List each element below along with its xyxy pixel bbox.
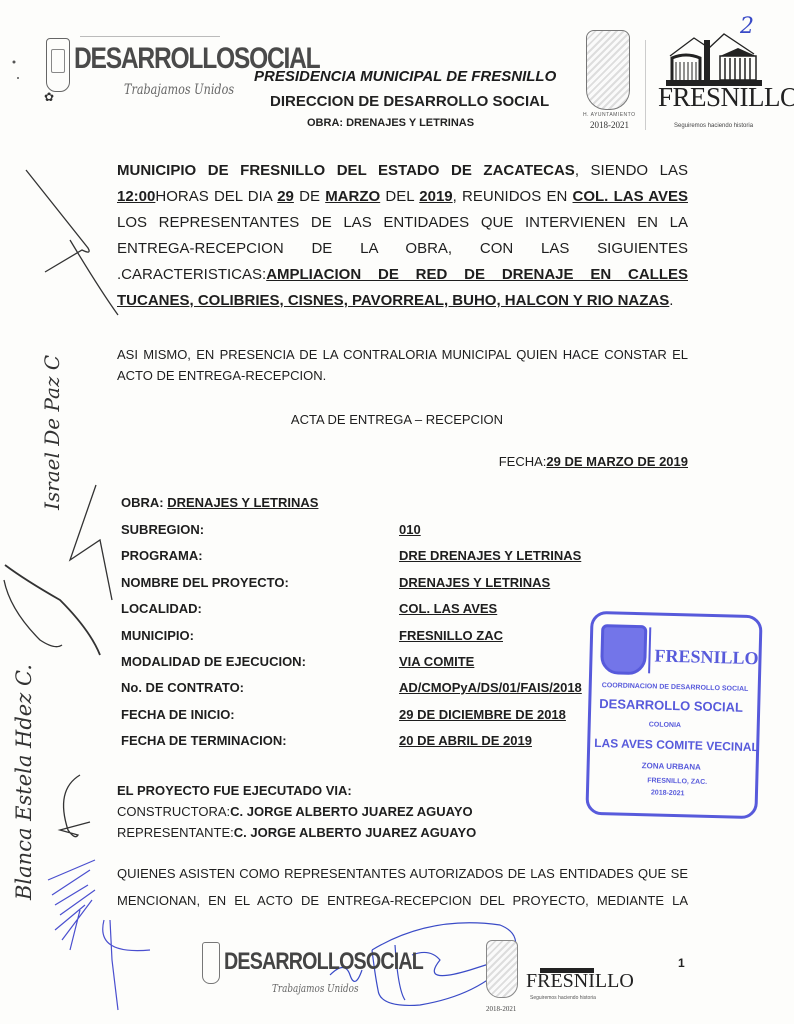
constructora-value: C. JORGE ALBERTO JUAREZ AGUAYO xyxy=(230,804,472,819)
field-label: LOCALIDAD: xyxy=(121,601,202,616)
representante-value: C. JORGE ALBERTO JUAREZ AGUAYO xyxy=(234,825,476,840)
logo-topline xyxy=(80,36,220,37)
desarrollo-social-tagline: Trabajamos Unidos xyxy=(124,82,234,98)
intro-hora: 12:00 xyxy=(117,188,155,205)
footer-tagline: Trabajamos Unidos xyxy=(272,982,358,995)
fresnillo-wordmark: FRESNILLO xyxy=(658,82,794,113)
intro-text: , REUNIDOS EN xyxy=(453,188,573,205)
stamp-line: FRESNILLO, ZAC. xyxy=(647,777,707,786)
footer-desarrollo-social-logo: DESARROLLOSOCIAL Trabajamos Unidos xyxy=(200,938,360,1008)
document-header-title: PRESIDENCIA MUNICIPAL DE FRESNILLO xyxy=(254,68,556,85)
asistentes-paragraph: QUIENES ASISTEN COMO REPRESENTANTES AUTO… xyxy=(117,860,688,914)
obra-label: OBRA: xyxy=(121,495,167,510)
field-value: AD/CMOPyA/DS/01/FAIS/2018 xyxy=(399,680,582,695)
contraloria-paragraph: ASI MISMO, EN PRESENCIA DE LA CONTRALORI… xyxy=(117,344,688,386)
field-value: FRESNILLO ZAC xyxy=(399,628,503,643)
stamp-line: COORDINACION DE DESARROLLO SOCIAL xyxy=(602,682,749,693)
field-value: DRE DRENAJES Y LETRINAS xyxy=(399,548,581,563)
footer-shield-icon xyxy=(202,942,220,984)
stamp-brand: FRESNILLO xyxy=(654,645,759,669)
intro-anio: 2019 xyxy=(419,188,452,205)
constructora-line: CONSTRUCTORA:C. JORGE ALBERTO JUAREZ AGU… xyxy=(117,801,476,822)
intro-municipio: MUNICIPIO DE FRESNILLO DEL ESTADO DE ZAC… xyxy=(117,162,575,179)
document-header-obra: OBRA: DRENAJES Y LETRINAS xyxy=(307,117,474,129)
acta-fecha: FECHA:29 DE MARZO DE 2019 xyxy=(499,454,688,469)
ayuntamiento-years: 2018-2021 xyxy=(590,120,629,130)
field-label: MUNICIPIO: xyxy=(121,628,194,643)
page-number: 1 xyxy=(678,956,685,970)
field-label: PROGRAMA: xyxy=(121,548,203,563)
field-label: No. DE CONTRATO: xyxy=(121,680,244,695)
ayuntamiento-crest-icon xyxy=(586,30,630,110)
field-label: SUBREGION: xyxy=(121,522,204,537)
stamp-crest-icon xyxy=(600,624,647,675)
stamp-divider xyxy=(648,627,651,673)
intro-text: , SIENDO LAS xyxy=(575,162,688,179)
representante-line: REPRESENTANTE:C. JORGE ALBERTO JUAREZ AG… xyxy=(117,822,476,843)
footer-fresnillo-wordmark: FRESNILLO xyxy=(526,970,634,993)
intro-mes: MARZO xyxy=(325,188,380,205)
ejecucion-block: EL PROYECTO FUE EJECUTADO VIA: CONSTRUCT… xyxy=(117,780,476,843)
acta-title: ACTA DE ENTREGA – RECEPCION xyxy=(0,412,794,427)
official-stamp: FRESNILLO COORDINACION DE DESARROLLO SOC… xyxy=(585,611,762,819)
stamp-line: ZONA URBANA xyxy=(642,761,701,772)
field-label: NOMBRE DEL PROYECTO: xyxy=(121,575,289,590)
field-value: 20 DE ABRIL DE 2019 xyxy=(399,733,532,748)
desarrollo-social-logo: ✿ DESARROLLOSOCIAL Trabajamos Unidos xyxy=(40,28,230,108)
ejecucion-heading: EL PROYECTO FUE EJECUTADO VIA: xyxy=(117,780,476,801)
fecha-label: FECHA: xyxy=(499,454,547,469)
stamp-line: LAS AVES COMITE VECINAL xyxy=(594,736,759,754)
margin-name-blanca: Blanca Estela Hdez C. xyxy=(12,664,36,900)
document-header-subtitle: DIRECCION DE DESARROLLO SOCIAL xyxy=(270,93,549,110)
field-label: FECHA DE TERMINACION: xyxy=(121,733,287,748)
field-label: MODALIDAD DE EJECUCION: xyxy=(121,654,306,669)
field-label: FECHA DE INICIO: xyxy=(121,707,235,722)
stamp-line: 2018-2021 xyxy=(651,789,685,797)
constructora-label: CONSTRUCTORA: xyxy=(117,804,230,819)
margin-name-israel: Israel De Paz C xyxy=(40,355,64,510)
representante-label: REPRESENTANTE: xyxy=(117,825,234,840)
shield-icon xyxy=(46,38,70,92)
field-value: DRENAJES Y LETRINAS xyxy=(399,575,550,590)
header-divider xyxy=(645,40,646,130)
ayuntamiento-label: H. AYUNTAMIENTO xyxy=(583,112,636,118)
intro-paragraph: MUNICIPIO DE FRESNILLO DEL ESTADO DE ZAC… xyxy=(117,158,688,314)
obra-value: DRENAJES Y LETRINAS xyxy=(167,495,318,510)
fecha-value: 29 DE MARZO DE 2019 xyxy=(546,454,688,469)
binder-holes xyxy=(13,61,20,80)
intro-text: . xyxy=(669,292,673,309)
fresnillo-slogan: Seguiremos haciendo historia xyxy=(674,123,753,129)
field-value: VIA COMITE xyxy=(399,654,474,669)
intro-text: DEL xyxy=(380,188,419,205)
stamp-line: COLONIA xyxy=(649,721,681,729)
intro-text: HORAS DEL DIA xyxy=(155,188,277,205)
stamp-line: DESARROLLO SOCIAL xyxy=(599,696,743,715)
handwritten-page-mark: 2 xyxy=(740,14,754,39)
intro-lugar: COL. LAS AVES xyxy=(573,188,688,205)
intro-dia: 29 xyxy=(277,188,294,205)
footer-wordmark: DESARROLLOSOCIAL xyxy=(224,948,423,976)
footer-monument-icon xyxy=(540,940,594,973)
shield-inner xyxy=(51,49,65,73)
intro-text: DE xyxy=(294,188,325,205)
footer-years: 2018-2021 xyxy=(486,1005,516,1013)
footer-crest-icon xyxy=(486,940,518,998)
footer-slogan: Seguiremos haciendo historia xyxy=(530,995,596,1001)
leaf-icon: ✿ xyxy=(44,90,54,104)
field-value: 29 DE DICIEMBRE DE 2018 xyxy=(399,707,566,722)
field-value: 010 xyxy=(399,522,421,537)
obra-line: OBRA: DRENAJES Y LETRINAS xyxy=(121,495,318,510)
field-value: COL. LAS AVES xyxy=(399,601,497,616)
